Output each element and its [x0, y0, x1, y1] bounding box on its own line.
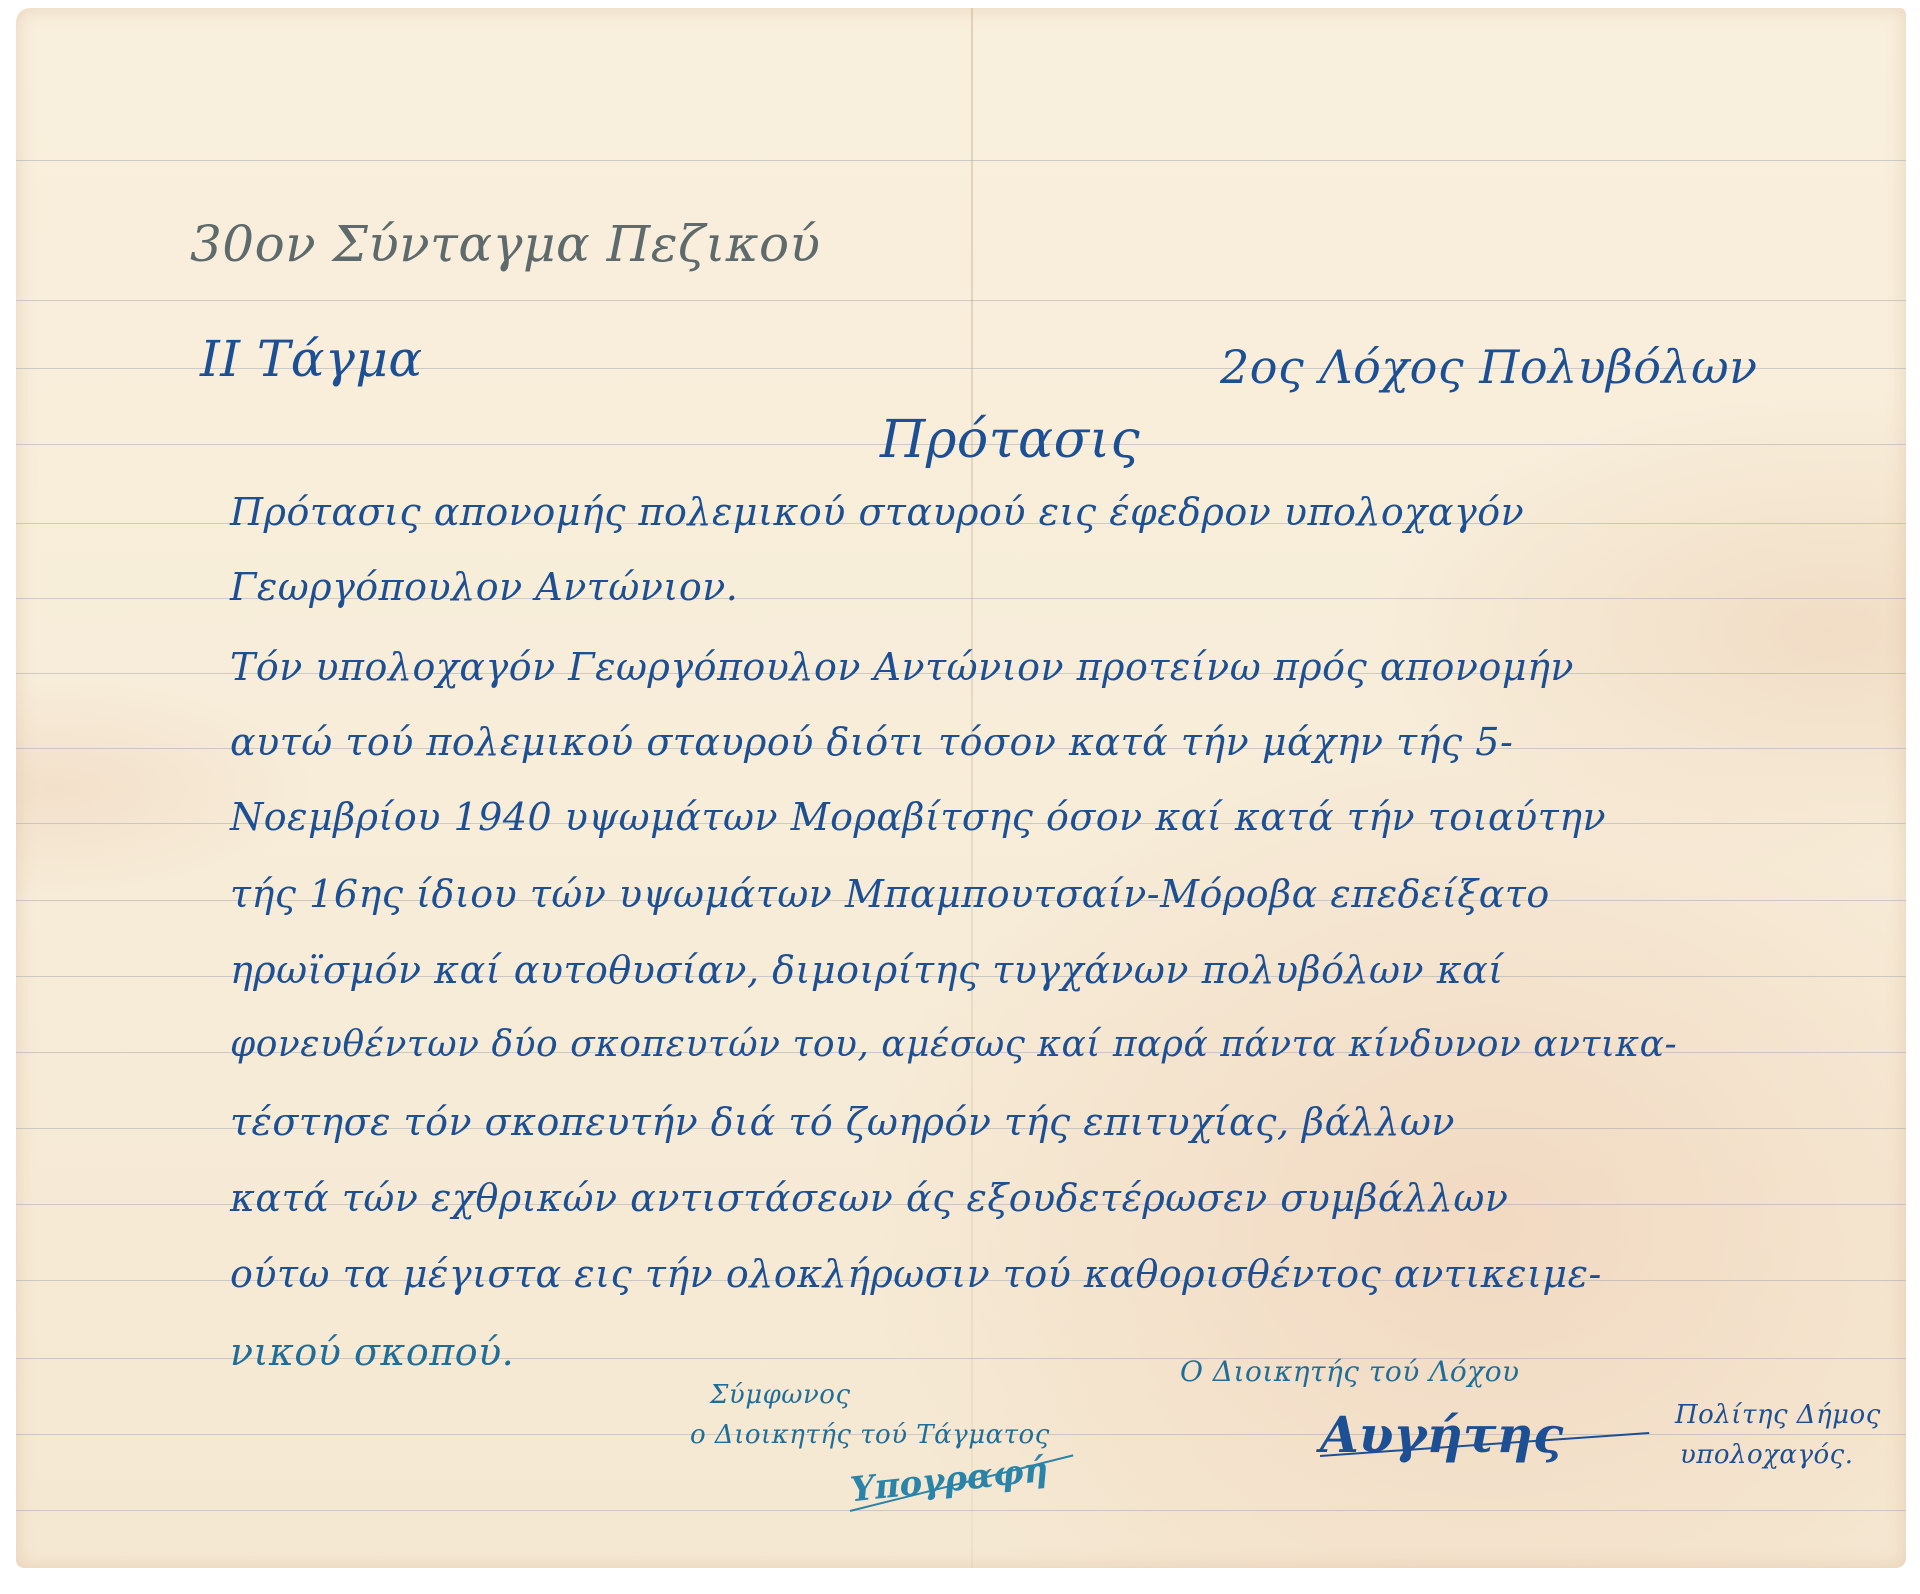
body-line: τής 16ης ίδιου τών υψωμάτων Μπαμπουτσαίν…: [230, 872, 1550, 916]
paper-fold-crease: [971, 8, 973, 1568]
body-line: Πρότασις απονομής πολεμικού σταυρού εις …: [230, 490, 1524, 534]
document-title: Πρότασις: [880, 410, 1140, 470]
body-line: Γεωργόπουλον Αντώνιον.: [230, 565, 738, 609]
officer-name: Πολίτης Δήμος: [1675, 1400, 1881, 1430]
regiment-heading: 30ον Σύνταγμα Πεζικού: [190, 215, 821, 273]
signature-title: Ο Διοικητής τού Λόχου: [1180, 1355, 1520, 1388]
signature-approval-label: Σύμφωνος: [710, 1380, 851, 1410]
body-line: Νοεμβρίου 1940 υψωμάτων Μοραβίτσης όσον …: [230, 795, 1606, 839]
body-line: νικού σκοπού.: [230, 1330, 514, 1374]
body-line: ούτω τα μέγιστα εις τήν ολοκλήρωσιν τού …: [230, 1252, 1602, 1296]
battalion-heading: ΙΙ Τάγμα: [200, 330, 423, 388]
ruled-line: [16, 160, 1906, 161]
ruled-line: [16, 1510, 1906, 1511]
body-line: κατά τών εχθρικών αντιστάσεων άς εξουδετ…: [230, 1176, 1508, 1220]
company-heading: 2ος Λόχος Πολυβόλων: [1220, 340, 1758, 394]
body-line: ηρωϊσμόν καί αυτοθυσίαν, διμοιρίτης τυγχ…: [230, 948, 1504, 992]
ruled-line: [16, 300, 1906, 301]
company-commander-signature: Αυγήτης: [1320, 1405, 1563, 1464]
officer-rank: υπολοχαγός.: [1680, 1440, 1854, 1470]
body-line: φονευθέντων δύο σκοπευτών του, αμέσως κα…: [230, 1024, 1677, 1065]
body-line: αυτώ τού πολεμικού σταυρού διότι τόσον κ…: [230, 720, 1513, 764]
body-line: Τόν υπολοχαγόν Γεωργόπουλον Αντώνιον προ…: [230, 645, 1574, 689]
body-line: τέστησε τόν σκοπευτήν διά τό ζωηρόν τής …: [230, 1100, 1455, 1144]
signature-title: ο Διοικητής τού Τάγματος: [690, 1420, 1050, 1450]
